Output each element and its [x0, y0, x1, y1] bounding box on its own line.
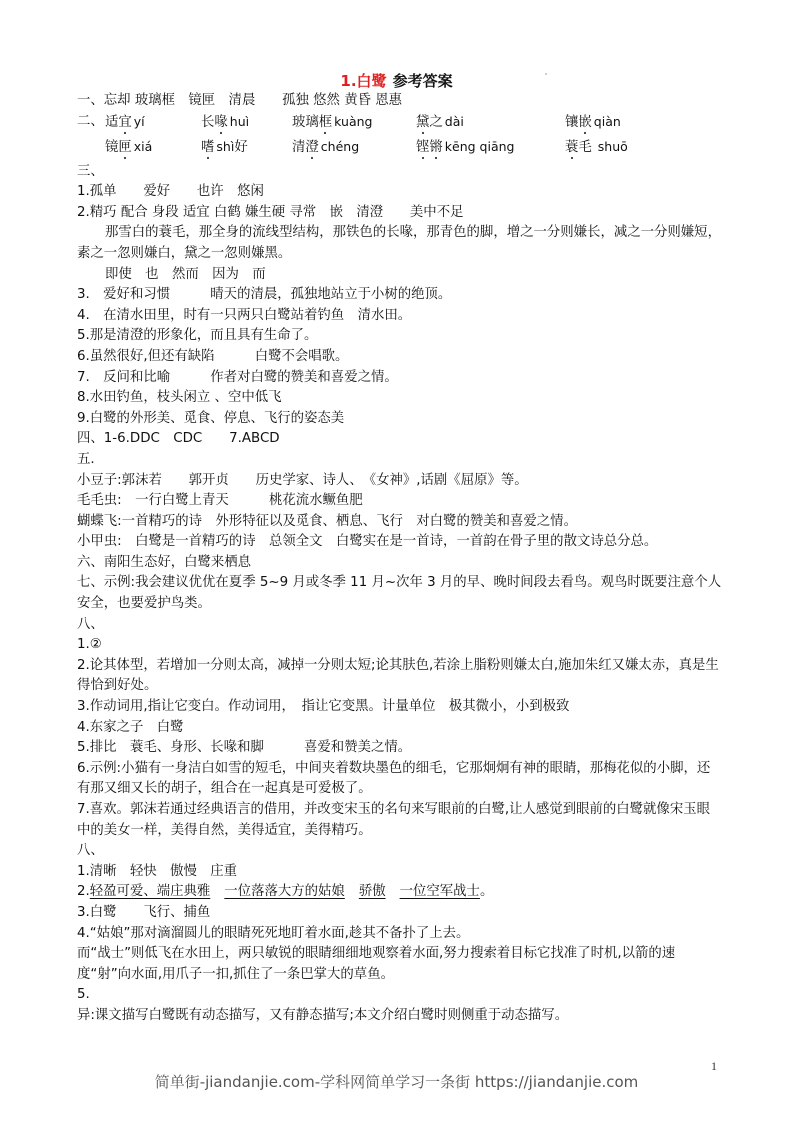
section-2: 二、 适宜yí 长喙huì 玻璃框kuàng 黛之dài 镶嵌qiàn 镜匣xi…: [77, 112, 722, 162]
answer-line: 毛毛虫: 一行白鹭上青天 桃花流水鳜鱼肥: [77, 491, 722, 512]
pinyin-item: 嗜shì好: [201, 137, 248, 159]
answer-content: 一、忘却 玻璃框 镜匣 清晨 孤独 悠然 黄昏 恩惠 二、 适宜yí 长喙huì…: [77, 91, 722, 1027]
pinyin-item: 铿锵kēng qiāng: [416, 137, 514, 159]
answer-line: 5.排比 蓑毛、身形、长喙和脚 喜爱和赞美之情。: [77, 738, 722, 759]
answer-line: 3.白鹭 飞行、捕鱼: [77, 903, 722, 924]
underlined-answer: 一位空军战士: [400, 884, 480, 899]
answer-line: 2.精巧 配合 身段 适宜 白鹤 嫌生硬 寻常 嵌 清澄 美中不足: [77, 203, 722, 224]
pinyin-item: 黛之dài: [416, 112, 464, 134]
section-8a-label: 八、: [77, 615, 722, 636]
answer-line: 3.作动词用,指让它变白。作动词用， 指让它变黑。计量单位 极其微小，小到极致: [77, 697, 722, 718]
answer-paragraph: 6.示例:小猫有一身洁白如雪的短毛，中间夹着数块墨色的细毛，它那炯炯有神的眼睛，…: [77, 759, 722, 800]
answer-line: 异:课文描写白鹭既有动态描写，又有静态描写;本文介绍白鹭时则侧重于动态描写。: [77, 1006, 722, 1027]
section-5-label: 五.: [77, 450, 722, 471]
underlined-answer: 轻盈可爱、端庄典雅: [90, 884, 211, 899]
answer-line: 1.孤单 爱好 也许 悠闲: [77, 182, 722, 203]
answer-line: 8.水田钓鱼，枝头闲立 、空中低飞: [77, 388, 722, 409]
answer-line: 7. 反问和比喻 作者对白鹭的赞美和喜爱之情。: [77, 368, 722, 389]
section-6: 六、南阳生态好，白鹭来栖息: [77, 553, 722, 574]
answer-line: 4. 在清水田里，时有一只两只白鹭站着钓鱼 清水田。: [77, 306, 722, 327]
section-3-label: 三、: [77, 162, 722, 183]
page-title: 1.白鹭参考答案: [0, 70, 793, 91]
answer-line: 蝴蝶飞:一首精巧的诗 外形特征以及觅食、栖息、飞行 对白鹭的赞美和喜爱之情。: [77, 512, 722, 533]
section-4: 四、1-6.DDC CDC 7.ABCD: [77, 429, 722, 450]
answer-line: 5.: [77, 985, 722, 1006]
answer-paragraph: 7.喜欢。郭沫若通过经典语言的借用，并改变宋玉的名句来写眼前的白鹭,让人感觉到眼…: [77, 800, 722, 841]
section-8b-label: 八、: [77, 841, 722, 862]
pinyin-item: 蓑毛shuō: [565, 137, 628, 159]
pinyin-item: 清澄chéng: [292, 137, 359, 159]
answer-paragraph: 而“战士”则低飞在水田上，两只敏锐的眼睛细细地观察着水面,努力搜索着目标它找准了…: [77, 944, 722, 985]
answer-line: 即使 也 然而 因为 而: [77, 265, 722, 286]
pinyin-item: 镜匣xiá: [105, 137, 152, 159]
pinyin-item: 镶嵌qiàn: [565, 112, 621, 134]
answer-line: 5.那是清澄的形象化，而且具有生命了。: [77, 326, 722, 347]
answer-line: 4.东家之子 白鹭: [77, 718, 722, 739]
answer-line: 小豆子:郭沫若 郭开贞 历史学家、诗人、 《女神》,话剧《屈原》等。: [77, 471, 722, 492]
answer-line: 1.清晰 轻快 傲慢 庄重: [77, 862, 722, 883]
pinyin-item: 适宜yí: [105, 112, 145, 134]
underlined-answer: 一位落落大方的姑娘: [224, 884, 345, 899]
underlined-answer: 骄傲: [359, 884, 386, 899]
section-2-label: 二、: [77, 112, 104, 133]
section-7: 七、示例:我会建议优优在夏季 5~9 月或冬季 11 月~次年 3 月的早、晚时…: [77, 573, 722, 614]
title-number: 1.白鹭: [340, 72, 386, 90]
footer-watermark: 简单街-jiandanjie.com-学科网简单学习一条街 https://ji…: [0, 1071, 793, 1092]
answer-paragraph: 2.论其体型，若增加一分则太高，减掉一分则太短;论其肤色,若涂上脂粉则嫌太白,施…: [77, 656, 722, 697]
answer-line: 1.②: [77, 635, 722, 656]
answer-line-underlined: 2.轻盈可爱、端庄典雅一位落落大方的姑娘骄傲一位空军战士。: [77, 882, 722, 903]
title-suffix: 参考答案: [393, 72, 453, 90]
answer-line: 9.白鹭的外形美、觅食、停息、飞行的姿态美: [77, 409, 722, 430]
answer-line: 6.虽然很好,但还有缺陷 白鹭不会唱歌。: [77, 347, 722, 368]
answer-line: 4.“姑娘”那对滴溜圆儿的眼睛死死地盯着水面,趁其不备扑了上去。: [77, 924, 722, 945]
section-2-row-2: 镜匣xiá 嗜shì好 清澄chéng 铿锵kēng qiāng 蓑毛shuō: [77, 137, 722, 162]
section-2-row-1: 二、 适宜yí 长喙huì 玻璃框kuàng 黛之dài 镶嵌qiàn: [77, 112, 722, 137]
answer-paragraph: 小甲虫: 白鹭是一首精巧的诗 总领全文 白鹭实在是一首诗，一首韵在骨子里的散文诗…: [77, 532, 722, 553]
pinyin-item: 玻璃框kuàng: [292, 112, 372, 134]
answer-paragraph: 那雪白的蓑毛，那全身的流线型结构，那铁色的长喙，那青色的脚，增之一分则嫌长，减之…: [77, 223, 722, 264]
answer-line: 3. 爱好和习惯 晴天的清晨，孤独地站立于小树的绝顶。: [77, 285, 722, 306]
pinyin-item: 长喙huì: [201, 112, 249, 134]
section-1: 一、忘却 玻璃框 镜匣 清晨 孤独 悠然 黄昏 恩惠: [77, 91, 722, 112]
document-page: 1.白鹭参考答案 一、忘却 玻璃框 镜匣 清晨 孤独 悠然 黄昏 恩惠 二、 适…: [0, 0, 793, 1122]
